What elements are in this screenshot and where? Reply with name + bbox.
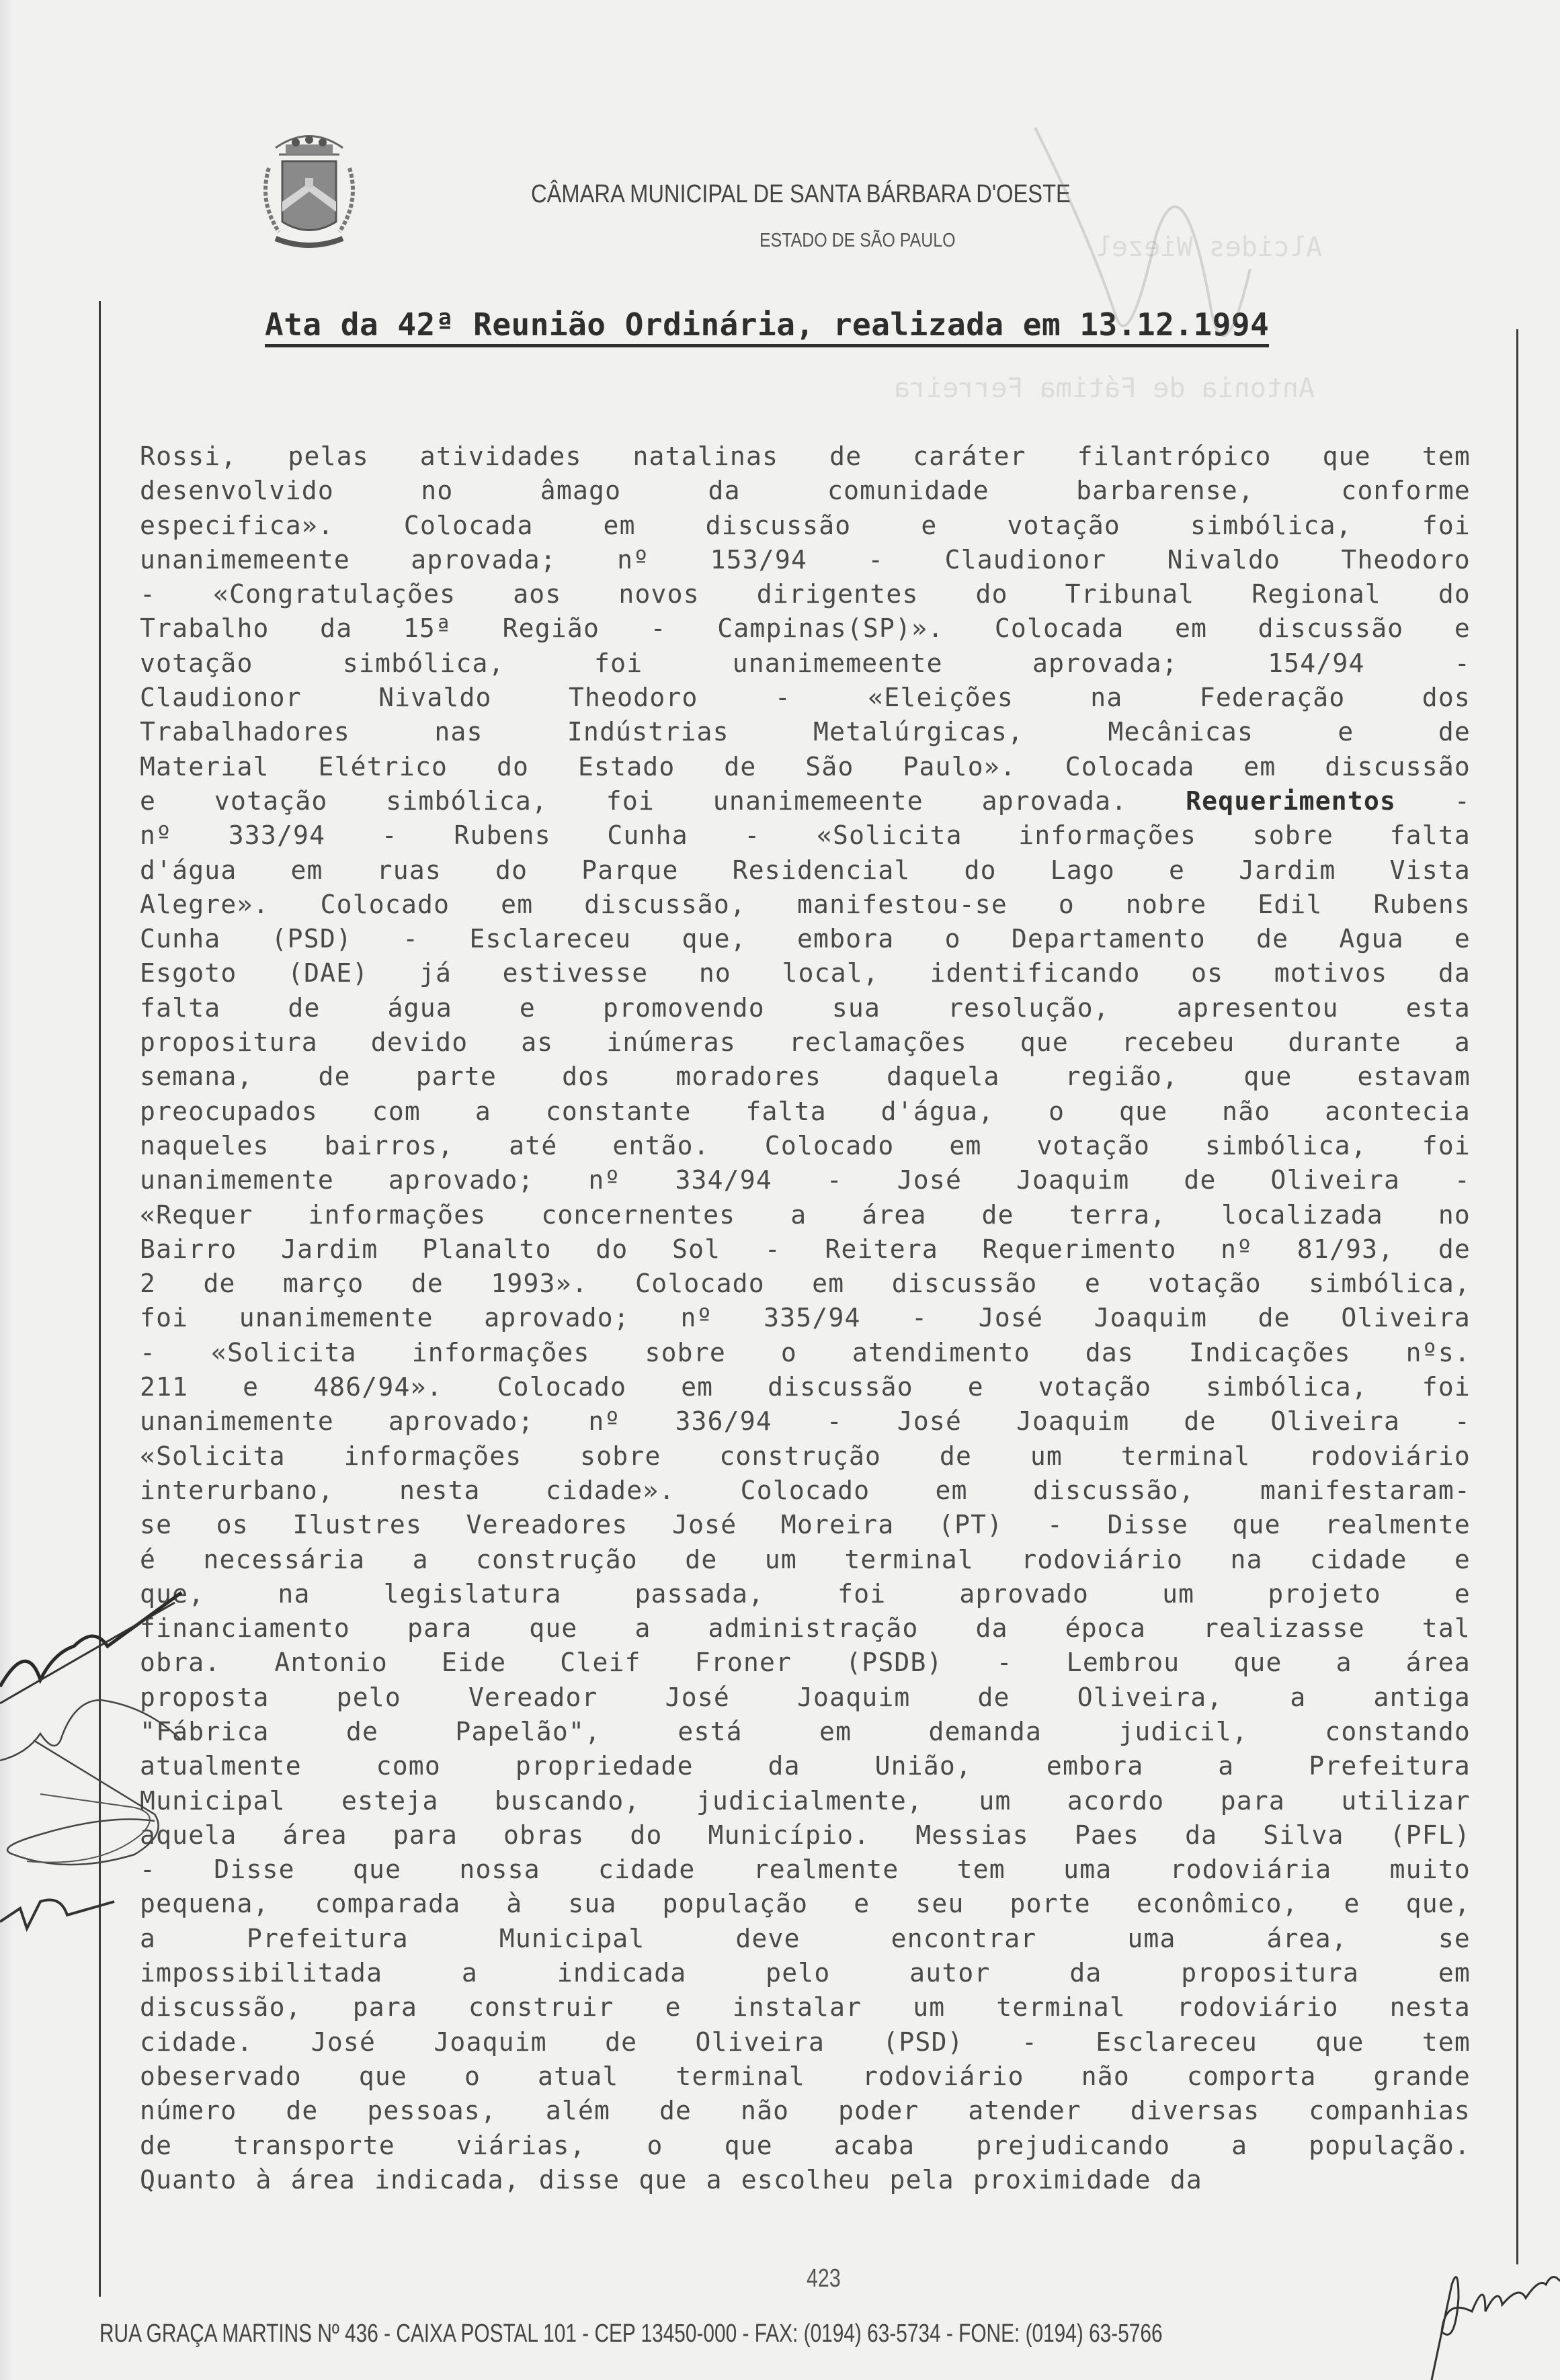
minutes-line: propositura devido as inúmeras reclamaçõ… <box>140 1025 1471 1060</box>
minutes-line: unanimemente aprovado; nº 334/94 - José … <box>140 1163 1471 1197</box>
minutes-line: Rossi, pelas atividades natalinas de car… <box>140 439 1471 474</box>
minutes-line: naqueles bairros, até então. Colocado em… <box>140 1129 1471 1163</box>
section-heading: Requerimentos <box>1186 786 1396 816</box>
minutes-line: interurbano, nesta cidade». Colocado em … <box>140 1474 1471 1508</box>
minutes-line: votação simbólica, foi unanimemeente apr… <box>140 646 1471 681</box>
bleed-through-text: Alcides Wiezel <box>1096 232 1322 263</box>
minutes-line: 2 de março de 1993». Colocado em discuss… <box>140 1267 1471 1301</box>
minutes-line: - «Solicita informações sobre o atendime… <box>140 1336 1471 1370</box>
minutes-line: unanimemente aprovado; nº 336/94 - José … <box>140 1404 1471 1439</box>
minutes-line: impossibilitada a indicada pelo autor da… <box>140 1956 1471 1990</box>
minutes-line: foi unanimemente aprovado; nº 335/94 - J… <box>140 1301 1471 1335</box>
institution-name: CÂMARA MUNICIPAL DE SANTA BÁRBARA D'OEST… <box>531 180 1071 209</box>
minutes-line: proposta pelo Vereador José Joaquim de O… <box>140 1681 1471 1715</box>
minutes-line: d'água em ruas do Parque Residencial do … <box>140 853 1471 888</box>
minutes-line: é necessária a construção de um terminal… <box>140 1543 1471 1577</box>
minutes-line: semana, de parte dos moradores daquela r… <box>140 1060 1471 1094</box>
minutes-line: Municipal esteja buscando, judicialmente… <box>140 1784 1471 1818</box>
minutes-line: desenvolvido no âmago da comunidade barb… <box>140 474 1471 508</box>
minutes-line: Bairro Jardim Planalto do Sol - Reitera … <box>140 1232 1471 1267</box>
minutes-line: Cunha (PSD) - Esclareceu que, embora o D… <box>140 922 1471 956</box>
signature-bottom-right-icon <box>1385 2258 1560 2380</box>
document-title: Ata da 42ª Reunião Ordinária, realizada … <box>265 306 1269 347</box>
scan-edge <box>0 0 13 2380</box>
minutes-line: Trabalhadores nas Indústrias Metalúrgica… <box>140 715 1471 749</box>
minutes-line: preocupados com a constante falta d'água… <box>140 1095 1471 1129</box>
minutes-line: falta de água e promovendo sua resolução… <box>140 991 1471 1025</box>
minutes-line: Esgoto (DAE) já estivesse no local, iden… <box>140 956 1471 990</box>
minutes-line: Material Elétrico do Estado de São Paulo… <box>140 750 1471 784</box>
minutes-line: cidade. José Joaquim de Oliveira (PSD) -… <box>140 2025 1471 2059</box>
minutes-line: Quanto à área indicada, disse que a esco… <box>140 2163 1471 2197</box>
minutes-line: que, na legislatura passada, foi aprovad… <box>140 1577 1471 1611</box>
minutes-line: discussão, para construir e instalar um … <box>140 1990 1471 2025</box>
minutes-body: Rossi, pelas atividades natalinas de car… <box>140 439 1471 2197</box>
minutes-line: se os Ilustres Vereadores José Moreira (… <box>140 1508 1471 1542</box>
minutes-line: - Disse que nossa cidade realmente tem u… <box>140 1853 1471 1887</box>
minutes-line: número de pessoas, além de não poder ate… <box>140 2094 1471 2128</box>
minutes-line: especifica». Colocada em discussão e vot… <box>140 509 1471 543</box>
bleed-through-text: Antonia de Fátima Ferreira <box>894 373 1315 404</box>
municipal-crest-icon <box>249 121 370 262</box>
right-margin-rule <box>1516 329 1518 2264</box>
footer-address: RUA GRAÇA MARTINS Nº 436 - CAIXA POSTAL … <box>99 2320 1163 2348</box>
minutes-line: aquela área para obras do Município. Mes… <box>140 1818 1471 1853</box>
minutes-line: a Prefeitura Municipal deve encontrar um… <box>140 1922 1471 1956</box>
minutes-line: unanimemeente aprovada; nº 153/94 - Clau… <box>140 543 1471 577</box>
minutes-line: Trabalho da 15ª Região - Campinas(SP)». … <box>140 611 1471 646</box>
state-name: ESTADO DE SÃO PAULO <box>760 230 955 252</box>
minutes-line: «Solicita informações sobre construção d… <box>140 1439 1471 1474</box>
minutes-line: Claudionor Nivaldo Theodoro - «Eleições … <box>140 681 1471 715</box>
minutes-line: «Requer informações concernentes a área … <box>140 1198 1471 1232</box>
left-margin-rule <box>99 301 101 2297</box>
page-number: 423 <box>807 2264 841 2293</box>
minutes-line: pequena, comparada à sua população e seu… <box>140 1887 1471 1921</box>
minutes-line: atualmente como propriedade da União, em… <box>140 1749 1471 1783</box>
minutes-line: "Fábrica de Papelão", está em demanda ju… <box>140 1715 1471 1749</box>
minutes-line: e votação simbólica, foi unanimemeente a… <box>140 784 1471 818</box>
minutes-line: de transporte viárias, o que acaba preju… <box>140 2129 1471 2163</box>
minutes-line: nº 333/94 - Rubens Cunha - «Solicita inf… <box>140 818 1471 853</box>
minutes-line: financiamento para que a administração d… <box>140 1611 1471 1646</box>
minutes-line: Alegre». Colocado em discussão, manifest… <box>140 888 1471 922</box>
minutes-line: - «Congratulações aos novos dirigentes d… <box>140 577 1471 611</box>
minutes-line: obra. Antonio Eide Cleif Froner (PSDB) -… <box>140 1646 1471 1680</box>
minutes-line: obeservado que o atual terminal rodoviár… <box>140 2059 1471 2094</box>
minutes-line: 211 e 486/94». Colocado em discussão e v… <box>140 1370 1471 1404</box>
